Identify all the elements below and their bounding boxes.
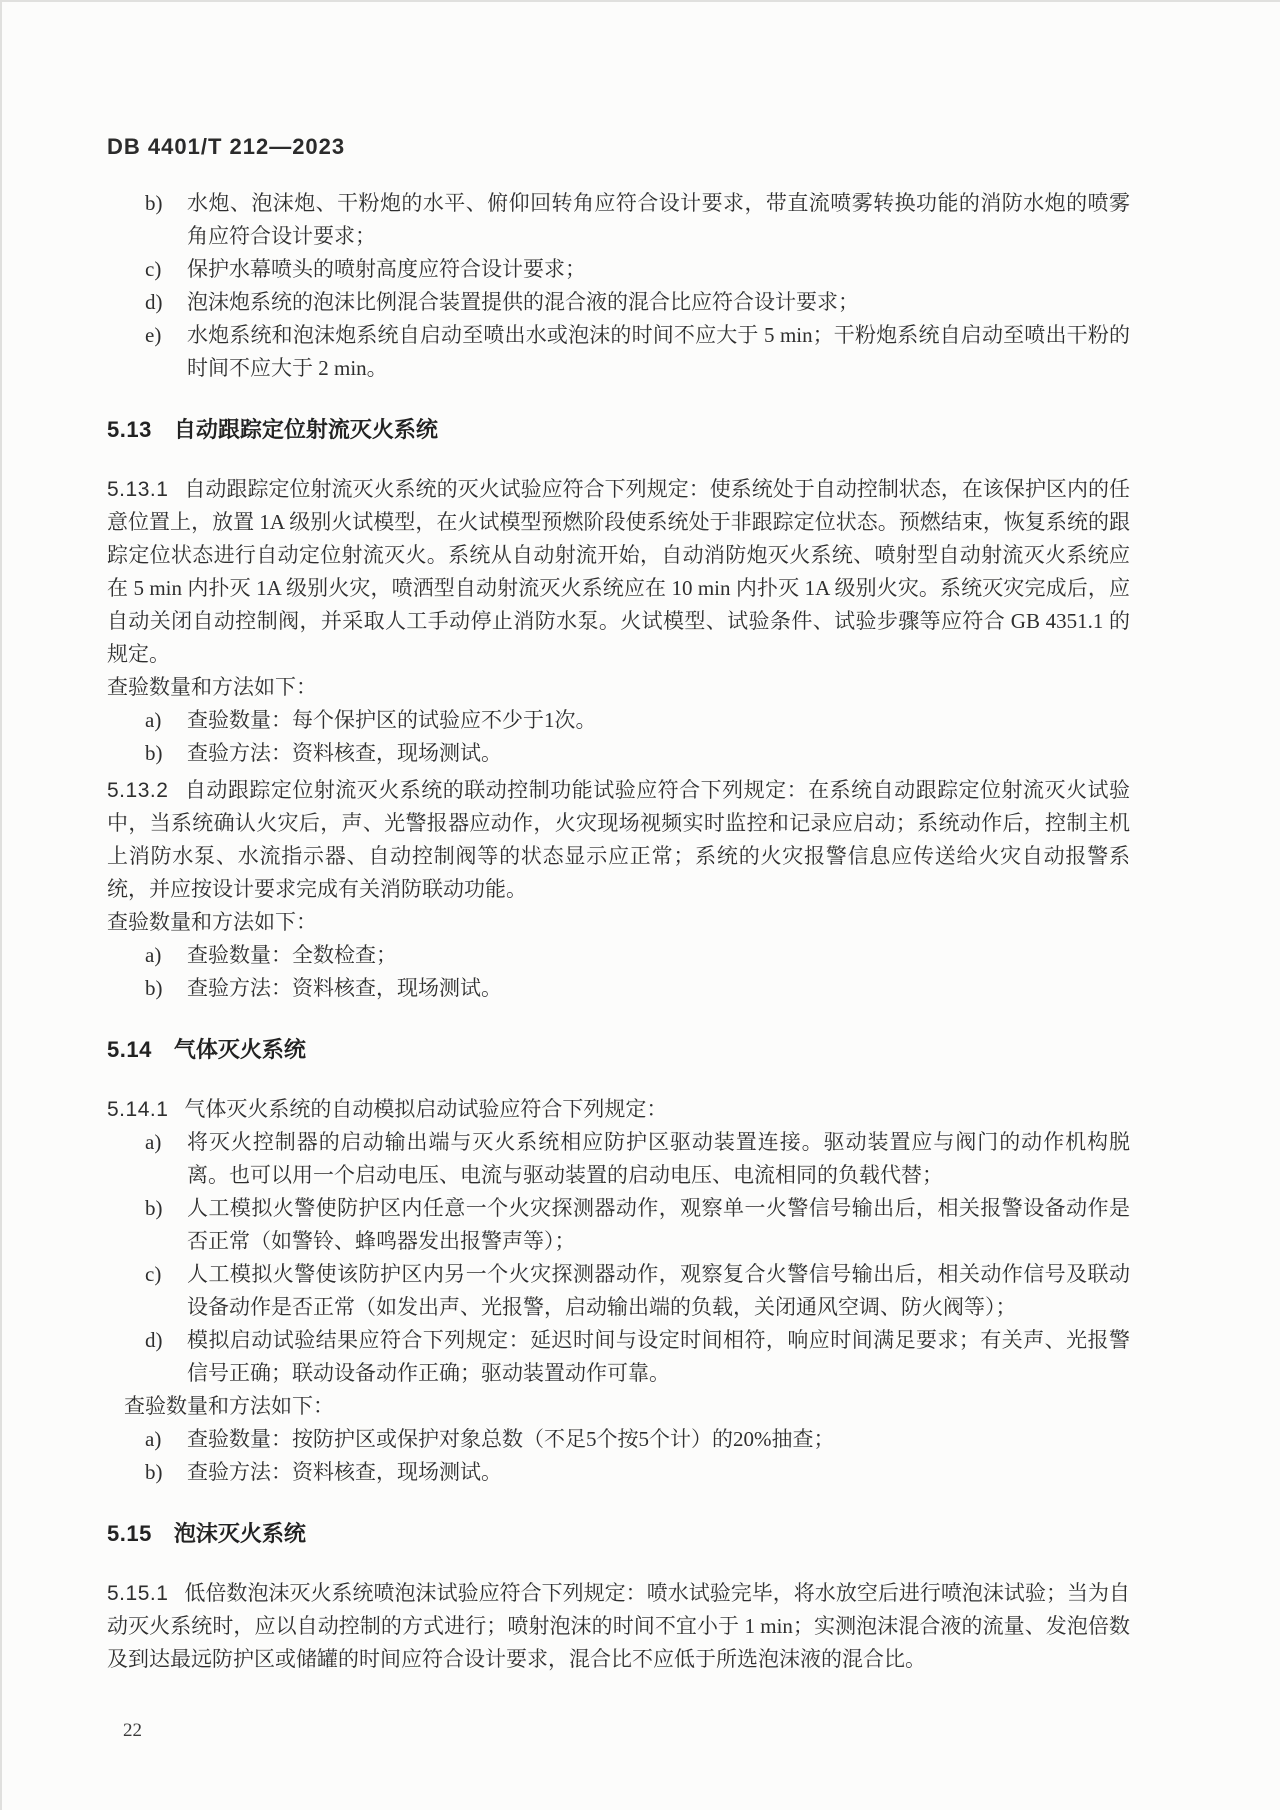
check-intro: 查验数量和方法如下：	[124, 1390, 1130, 1423]
page-number: 22	[123, 1714, 142, 1747]
clause-number: 5.15.1	[107, 1582, 168, 1605]
document-page: DB 4401/T 212—2023 b) 水炮、泡沫炮、干粉炮的水平、俯仰回转…	[0, 0, 1280, 1810]
list-item: b) 查验方法：资料核查，现场测试。	[107, 1456, 1130, 1489]
list-item-text: 保护水幕喷头的喷射高度应符合设计要求；	[187, 257, 586, 281]
list-item-label: a)	[145, 939, 161, 972]
list-item: d) 模拟启动试验结果应符合下列规定：延迟时间与设定时间相符，响应时间满足要求；…	[107, 1324, 1130, 1390]
clause-number: 5.14.1	[107, 1098, 168, 1121]
list-item: b) 水炮、泡沫炮、干粉炮的水平、俯仰回转角应符合设计要求，带直流喷雾转换功能的…	[107, 187, 1130, 253]
list-item-text: 泡沫炮系统的泡沫比例混合装置提供的混合液的混合比应符合设计要求；	[187, 290, 859, 314]
clause-list-5-14-1: a) 将灭火控制器的启动输出端与灭火系统相应防护区驱动装置连接。驱动装置应与阀门…	[107, 1126, 1130, 1390]
list-item-label: d)	[145, 286, 163, 319]
check-list: a) 查验数量：全数检查； b) 查验方法：资料核查，现场测试。	[107, 939, 1130, 1005]
list-item-label: c)	[145, 253, 161, 286]
list-item-text: 查验数量：全数检查；	[187, 943, 397, 967]
list-item-label: d)	[145, 1324, 163, 1357]
clause-number: 5.13.2	[107, 779, 168, 802]
section-title: 气体灭火系统	[174, 1037, 306, 1062]
list-item: c) 保护水幕喷头的喷射高度应符合设计要求；	[107, 253, 1130, 286]
clause-number: 5.13.1	[107, 478, 168, 501]
list-item-label: a)	[145, 704, 161, 737]
clause-paragraph-5-15-1: 5.15.1低倍数泡沫灭火系统喷泡沫试验应符合下列规定：喷水试验完毕，将水放空后…	[107, 1577, 1130, 1676]
list-item: b) 人工模拟火警使防护区内任意一个火灾探测器动作，观察单一火警信号输出后，相关…	[107, 1192, 1130, 1258]
list-item-text: 将灭火控制器的启动输出端与灭火系统相应防护区驱动装置连接。驱动装置应与阀门的动作…	[187, 1130, 1130, 1187]
list-item-text: 模拟启动试验结果应符合下列规定：延迟时间与设定时间相符，响应时间满足要求；有关声…	[187, 1328, 1130, 1385]
clause-text: 气体灭火系统的自动模拟启动试验应符合下列规定：	[184, 1097, 667, 1121]
list-item-label: a)	[145, 1423, 161, 1456]
list-item-label: b)	[145, 187, 163, 220]
list-item-text: 查验方法：资料核查，现场测试。	[187, 976, 502, 1000]
list-item-label: b)	[145, 1456, 163, 1489]
list-item-label: a)	[145, 1126, 161, 1159]
clause-list-top: b) 水炮、泡沫炮、干粉炮的水平、俯仰回转角应符合设计要求，带直流喷雾转换功能的…	[107, 187, 1130, 385]
list-item: c) 人工模拟火警使该防护区内另一个火灾探测器动作，观察复合火警信号输出后，相关…	[107, 1258, 1130, 1324]
section-title: 自动跟踪定位射流灭火系统	[174, 417, 438, 442]
list-item-text: 查验数量：按防护区或保护对象总数（不足5个按5个计）的20%抽查；	[187, 1427, 835, 1451]
list-item-label: b)	[145, 1192, 163, 1225]
section-heading-5-14: 5.14气体灭火系统	[107, 1035, 1130, 1065]
section-title: 泡沫灭火系统	[174, 1521, 306, 1546]
clause-paragraph-5-13-2: 5.13.2自动跟踪定位射流灭火系统的联动控制功能试验应符合下列规定：在系统自动…	[107, 774, 1130, 906]
clause-text: 自动跟踪定位射流灭火系统的联动控制功能试验应符合下列规定：在系统自动跟踪定位射流…	[107, 778, 1130, 901]
check-intro: 查验数量和方法如下：	[107, 671, 1130, 704]
list-item: d) 泡沫炮系统的泡沫比例混合装置提供的混合液的混合比应符合设计要求；	[107, 286, 1130, 319]
check-intro: 查验数量和方法如下：	[107, 906, 1130, 939]
list-item-label: b)	[145, 737, 163, 770]
list-item: a) 查验数量：全数检查；	[107, 939, 1130, 972]
list-item-text: 水炮系统和泡沫炮系统自启动至喷出水或泡沫的时间不应大于 5 min；干粉炮系统自…	[187, 323, 1130, 380]
clause-text: 自动跟踪定位射流灭火系统的灭火试验应符合下列规定：使系统处于自动控制状态，在该保…	[107, 477, 1130, 666]
check-list: a) 查验数量：每个保护区的试验应不少于1次。 b) 查验方法：资料核查，现场测…	[107, 704, 1130, 770]
list-item-text: 查验方法：资料核查，现场测试。	[187, 741, 502, 765]
check-list: a) 查验数量：按防护区或保护对象总数（不足5个按5个计）的20%抽查； b) …	[107, 1423, 1130, 1489]
list-item: a) 查验数量：每个保护区的试验应不少于1次。	[107, 704, 1130, 737]
list-item-text: 查验方法：资料核查，现场测试。	[187, 1460, 502, 1484]
clause-paragraph-5-13-1: 5.13.1自动跟踪定位射流灭火系统的灭火试验应符合下列规定：使系统处于自动控制…	[107, 473, 1130, 671]
list-item: b) 查验方法：资料核查，现场测试。	[107, 737, 1130, 770]
list-item-text: 人工模拟火警使该防护区内另一个火灾探测器动作，观察复合火警信号输出后，相关动作信…	[187, 1262, 1130, 1319]
list-item-label: c)	[145, 1258, 161, 1291]
list-item-text: 人工模拟火警使防护区内任意一个火灾探测器动作，观察单一火警信号输出后，相关报警设…	[187, 1196, 1130, 1253]
list-item: b) 查验方法：资料核查，现场测试。	[107, 972, 1130, 1005]
section-number: 5.15	[107, 1521, 152, 1546]
list-item-label: b)	[145, 972, 163, 1005]
clause-paragraph-5-14-1: 5.14.1气体灭火系统的自动模拟启动试验应符合下列规定：	[107, 1093, 1130, 1126]
section-heading-5-15: 5.15泡沫灭火系统	[107, 1519, 1130, 1549]
list-item: a) 查验数量：按防护区或保护对象总数（不足5个按5个计）的20%抽查；	[107, 1423, 1130, 1456]
clause-text: 低倍数泡沫灭火系统喷泡沫试验应符合下列规定：喷水试验完毕，将水放空后进行喷泡沫试…	[107, 1581, 1130, 1671]
list-item: e) 水炮系统和泡沫炮系统自启动至喷出水或泡沫的时间不应大于 5 min；干粉炮…	[107, 319, 1130, 385]
list-item-text: 水炮、泡沫炮、干粉炮的水平、俯仰回转角应符合设计要求，带直流喷雾转换功能的消防水…	[187, 191, 1130, 248]
document-code: DB 4401/T 212—2023	[107, 130, 1130, 163]
list-item-text: 查验数量：每个保护区的试验应不少于1次。	[187, 708, 597, 732]
list-item-label: e)	[145, 319, 161, 352]
section-heading-5-13: 5.13自动跟踪定位射流灭火系统	[107, 415, 1130, 445]
list-item: a) 将灭火控制器的启动输出端与灭火系统相应防护区驱动装置连接。驱动装置应与阀门…	[107, 1126, 1130, 1192]
section-number: 5.13	[107, 417, 152, 442]
section-number: 5.14	[107, 1037, 152, 1062]
